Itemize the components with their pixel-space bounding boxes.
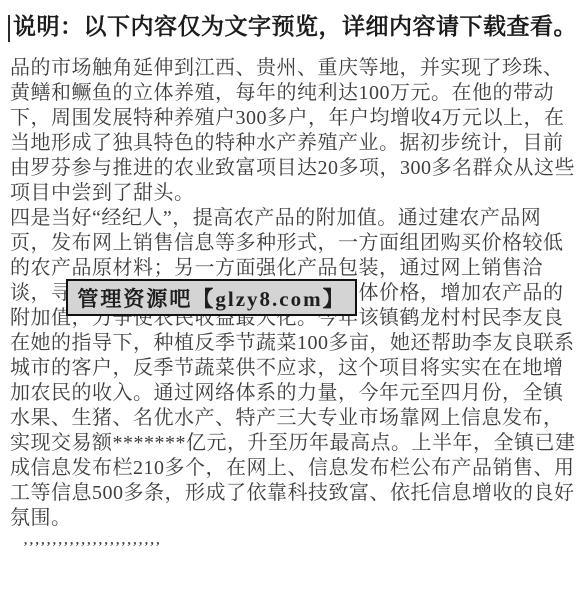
text-line: 由罗芬参与推进的农业致富项目达20多项，300多名群众从这些 — [10, 156, 570, 181]
document-preview-page: 说明：以下内容仅为文字预览，详细内容请下载查看。 品的市场触角延伸到江西、贵州、… — [0, 0, 578, 600]
text-line: 当地形成了独具特色的特种水产养殖产业。据初步统计，目前 — [10, 131, 570, 156]
text-line: 的农产品原材料；另一方面强化产品包装，通过网上销售洽 — [10, 256, 570, 281]
text-line: 城市的客户，反季节蔬菜供不应求，这个项目将实实在在地增 — [10, 356, 570, 381]
truncation-ellipsis: ,,,,,,,,,,,,,,,,,,,,,,,, — [24, 533, 570, 547]
text-line: 加农民的收入。通过网络体系的力量，今年元至四月份，全镇 — [10, 381, 570, 406]
text-fragment-before-watermark: 谈，寻 — [10, 282, 72, 304]
text-line: 实现交易额*******亿元，升至历年最高点。上半年，全镇已建 — [10, 431, 570, 456]
text-line: 工等信息500多条，形成了依靠科技致富、依托信息增收的良好 — [10, 481, 570, 506]
text-cursor — [8, 15, 10, 42]
text-line: 在她的指导下，种植反季节蔬菜100多亩，她还帮助李友良联系 — [10, 331, 570, 356]
text-line: 成信息发布栏210多个，在网上、信息发布栏公布产品销售、用 — [10, 456, 570, 481]
site-watermark-badge: 管理资源吧【glzy8.com】 — [66, 279, 357, 316]
text-line: 下，周围发展特种养殖户300多户，年户均增收4万元以上，在 — [10, 106, 570, 131]
text-line: 黄鳝和鳜鱼的立体养殖，每年的纯利达100万元。在他的带动 — [10, 81, 570, 106]
text-line: 水果、生猪、名优水产、特产三大专业市场靠网上信息发布， — [10, 406, 570, 431]
text-line: 氛围。 — [10, 506, 570, 531]
text-fragment-after-watermark: 体价格，增加农产品的 — [359, 282, 564, 304]
preview-notice-header: 说明：以下内容仅为文字预览，详细内容请下载查看。 — [13, 12, 568, 42]
text-line: 项目中尝到了甜头。 — [10, 181, 570, 206]
text-line: 页，发布网上销售信息等多种形式，一方面组团购买价格较低 — [10, 231, 570, 256]
text-line: 品的市场触角延伸到江西、贵州、重庆等地，并实现了珍珠、 — [10, 56, 570, 81]
text-line: 四是当好“经纪人”，提高农产品的附加值。通过建农产品网 — [10, 206, 570, 231]
